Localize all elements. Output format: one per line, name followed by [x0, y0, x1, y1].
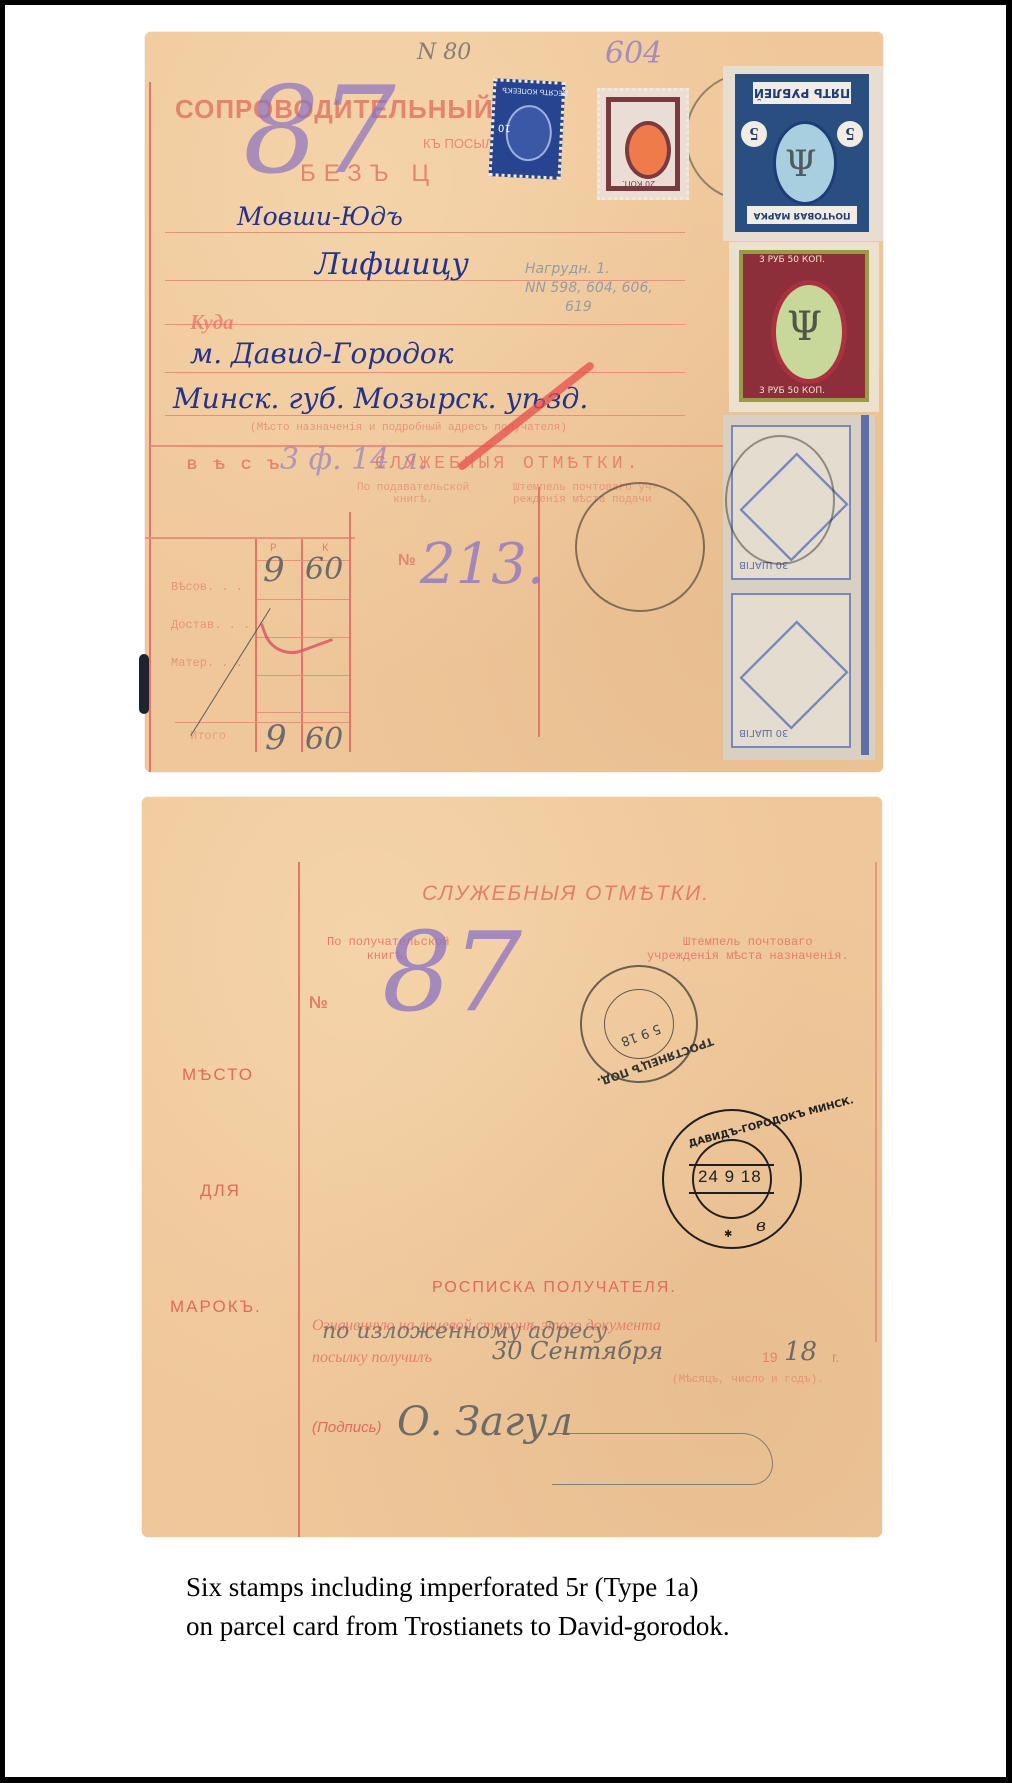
card-subtitle: КЪ ПОСЫЛ	[423, 136, 493, 151]
stamp-3r50-trident: 3 РУБ 50 КОП. 3 РУБ 50 КОП. Ψ	[729, 242, 879, 412]
pencil-note-line: NN 598, 604, 606,	[525, 279, 653, 298]
stamp-place-1: МѢСТО	[182, 1065, 254, 1085]
fee-row-label: Достав. . .	[171, 618, 250, 632]
stamp-denomination: 30 ШАГІВ	[739, 727, 788, 738]
label-line: По подавательской	[357, 482, 469, 494]
receipt-year-suffix: г.	[832, 1349, 839, 1365]
total-kop: 60	[305, 722, 343, 757]
receipt-date-handwritten: 30 Сентября	[492, 1337, 663, 1365]
fee-row-kop: 60	[305, 552, 343, 587]
ruled-line	[165, 324, 685, 325]
signature: О. Загул	[397, 1399, 573, 1445]
total-rub: 9	[265, 718, 287, 758]
receipt-year: 18	[784, 1337, 817, 1367]
stamp-text-top: ПЯТЬ РУБЛЕЙ	[753, 82, 851, 104]
stamp-denomination: 5	[837, 121, 863, 147]
fee-table-col	[349, 512, 351, 752]
red-check-mark	[260, 602, 333, 662]
ruled-line	[257, 675, 349, 676]
stamp-text: 20 КОП.	[622, 179, 655, 188]
stamp-pair-30-shagiv: 30 ШАГІВ 30 ШАГІВ	[723, 415, 875, 760]
page: СОПРОВОДИТЕЛЬНЫЙ КЪ ПОСЫЛ БЕЗЪ Ц N 80 60…	[0, 0, 1012, 1783]
postmark-inner-ring	[604, 989, 674, 1059]
pencil-reference: N 80	[417, 40, 471, 65]
by-book-label: По подавательской книгѣ.	[357, 482, 469, 506]
margin-rule	[861, 415, 869, 755]
stamp-30-shagiv-2: 30 ШАГІВ	[731, 593, 851, 748]
stamp-text: ДЕСЯТЬ КОПЕЕКЪ	[502, 86, 569, 97]
ruled-line	[165, 232, 685, 233]
receipt-title: РОСПИСКА ПОЛУЧАТЕЛЯ.	[432, 1279, 677, 1297]
book-number: 213.	[420, 532, 545, 597]
ruled-line	[257, 712, 349, 713]
address-line-1: м. Давид-Городок	[190, 337, 454, 370]
exhibit-caption: Six stamps including imperforated 5r (Ty…	[186, 1568, 730, 1646]
ruled-line	[257, 599, 349, 600]
service-marks-heading: СЛУЖЕБНЫЯ ОТМѢТКИ.	[422, 882, 710, 906]
where-label: Куда	[190, 310, 234, 335]
addressee-line-2: Лифшицу	[315, 247, 469, 282]
pencil-note-line: 619	[525, 298, 653, 317]
receipt-caption: (Мѣсяцъ, число и годъ).	[672, 1374, 824, 1386]
stamp-oval	[625, 121, 671, 179]
stamp-oval	[504, 104, 553, 162]
parcel-card-back: СЛУЖЕБНЫЯ ОТМѢТКИ. По получательской кни…	[142, 797, 882, 1537]
cancel-postmark	[725, 435, 835, 565]
weight-label: В Ѣ С Ъ	[187, 456, 285, 472]
label-line: учрежденія мѣста назначенія.	[647, 949, 849, 963]
pencil-note: Нагрудн. 1. NN 598, 604, 606, 619	[525, 260, 653, 317]
trident-overprint-icon: Ψ	[787, 304, 822, 350]
caption-line-1: Six stamps including imperforated 5r (Ty…	[186, 1568, 730, 1607]
stamp-octagon	[739, 620, 848, 729]
label-line: книгѣ.	[357, 494, 469, 506]
caption-line-2: on parcel card from Trostianets to David…	[186, 1607, 730, 1646]
postmark-letter: в	[756, 1216, 766, 1236]
signature-flourish	[552, 1433, 773, 1485]
total-label: Итого	[190, 729, 226, 743]
margin-line	[149, 82, 151, 772]
stamp-place-3: МАРОКЪ.	[170, 1297, 262, 1317]
postmark-text: ДАВИДЪ-ГОРОДОКЪ МИНСК.	[687, 1095, 854, 1150]
stamp-denomination: 5	[741, 121, 767, 147]
fee-row-label: Вѣсов. . .	[171, 580, 243, 594]
stamp-20-kop: 20 КОП.	[597, 88, 689, 200]
stamp-5-rub-imperf: ПЯТЬ РУБЛЕЙ 5 5 ПОЧТОВАЯ МАРКА Ψ	[723, 66, 883, 241]
violet-big-number: 87	[243, 72, 396, 192]
edge-mark	[139, 654, 149, 714]
stamp-10-kop: ДЕСЯТЬ КОПЕЕКЪ 10	[488, 78, 565, 180]
violet-number: 87	[382, 917, 522, 1027]
receipt-year-prefix: 19	[762, 1349, 778, 1365]
stamp-denomination: 10	[498, 121, 511, 133]
right-edge-line	[875, 862, 877, 1342]
pencil-note-line: Нагрудн. 1.	[525, 260, 653, 279]
stamp-denomination: 3 РУБ 50 КОП.	[759, 386, 825, 396]
postmark-date: 24 9 18	[698, 1167, 762, 1187]
number-sign: №	[309, 993, 328, 1013]
stamp-label: Штемпель почтоваго учрежденія мѣста назн…	[647, 935, 849, 963]
violet-reference: 604	[605, 36, 662, 71]
receipt-line-2: посылку получилъ	[312, 1349, 432, 1367]
origin-postmark: 5 9 18 ТРОСТЯНЕЦЪ ПОД.	[580, 965, 698, 1083]
star-icon: ✱	[724, 1229, 732, 1240]
addressee-line-1: Мовши-Юдъ	[237, 202, 403, 231]
number-sign: №	[398, 552, 416, 570]
stamp-place-2: ДЛЯ	[200, 1181, 241, 1201]
destination-postmark: 24 9 18 ДАВИДЪ-ГОРОДОКЪ МИНСК. в ✱	[662, 1109, 802, 1249]
trident-overprint-icon: Ψ	[785, 144, 817, 185]
fee-table-col	[255, 539, 257, 752]
parcel-card-front: СОПРОВОДИТЕЛЬНЫЙ КЪ ПОСЫЛ БЕЗЪ Ц N 80 60…	[145, 32, 883, 772]
stamp-area-divider	[298, 862, 300, 1537]
column-divider	[538, 487, 540, 737]
label-line: Штемпель почтоваго	[647, 935, 849, 949]
fee-row-rub: 9	[263, 550, 285, 590]
stamp-denomination: 3 РУБ 50 КОП.	[759, 255, 825, 265]
ruled-line	[150, 445, 740, 447]
stamp-text-bottom: ПОЧТОВАЯ МАРКА	[747, 206, 857, 224]
service-marks-heading: СЛУЖЕБНЫЯ ОТМѢТКИ.	[375, 454, 641, 474]
ruled-line	[165, 415, 685, 416]
signature-label: (Подпись)	[312, 1419, 381, 1436]
origin-postmark	[575, 482, 705, 612]
fee-table-top	[145, 537, 355, 539]
ruled-line	[165, 372, 685, 373]
